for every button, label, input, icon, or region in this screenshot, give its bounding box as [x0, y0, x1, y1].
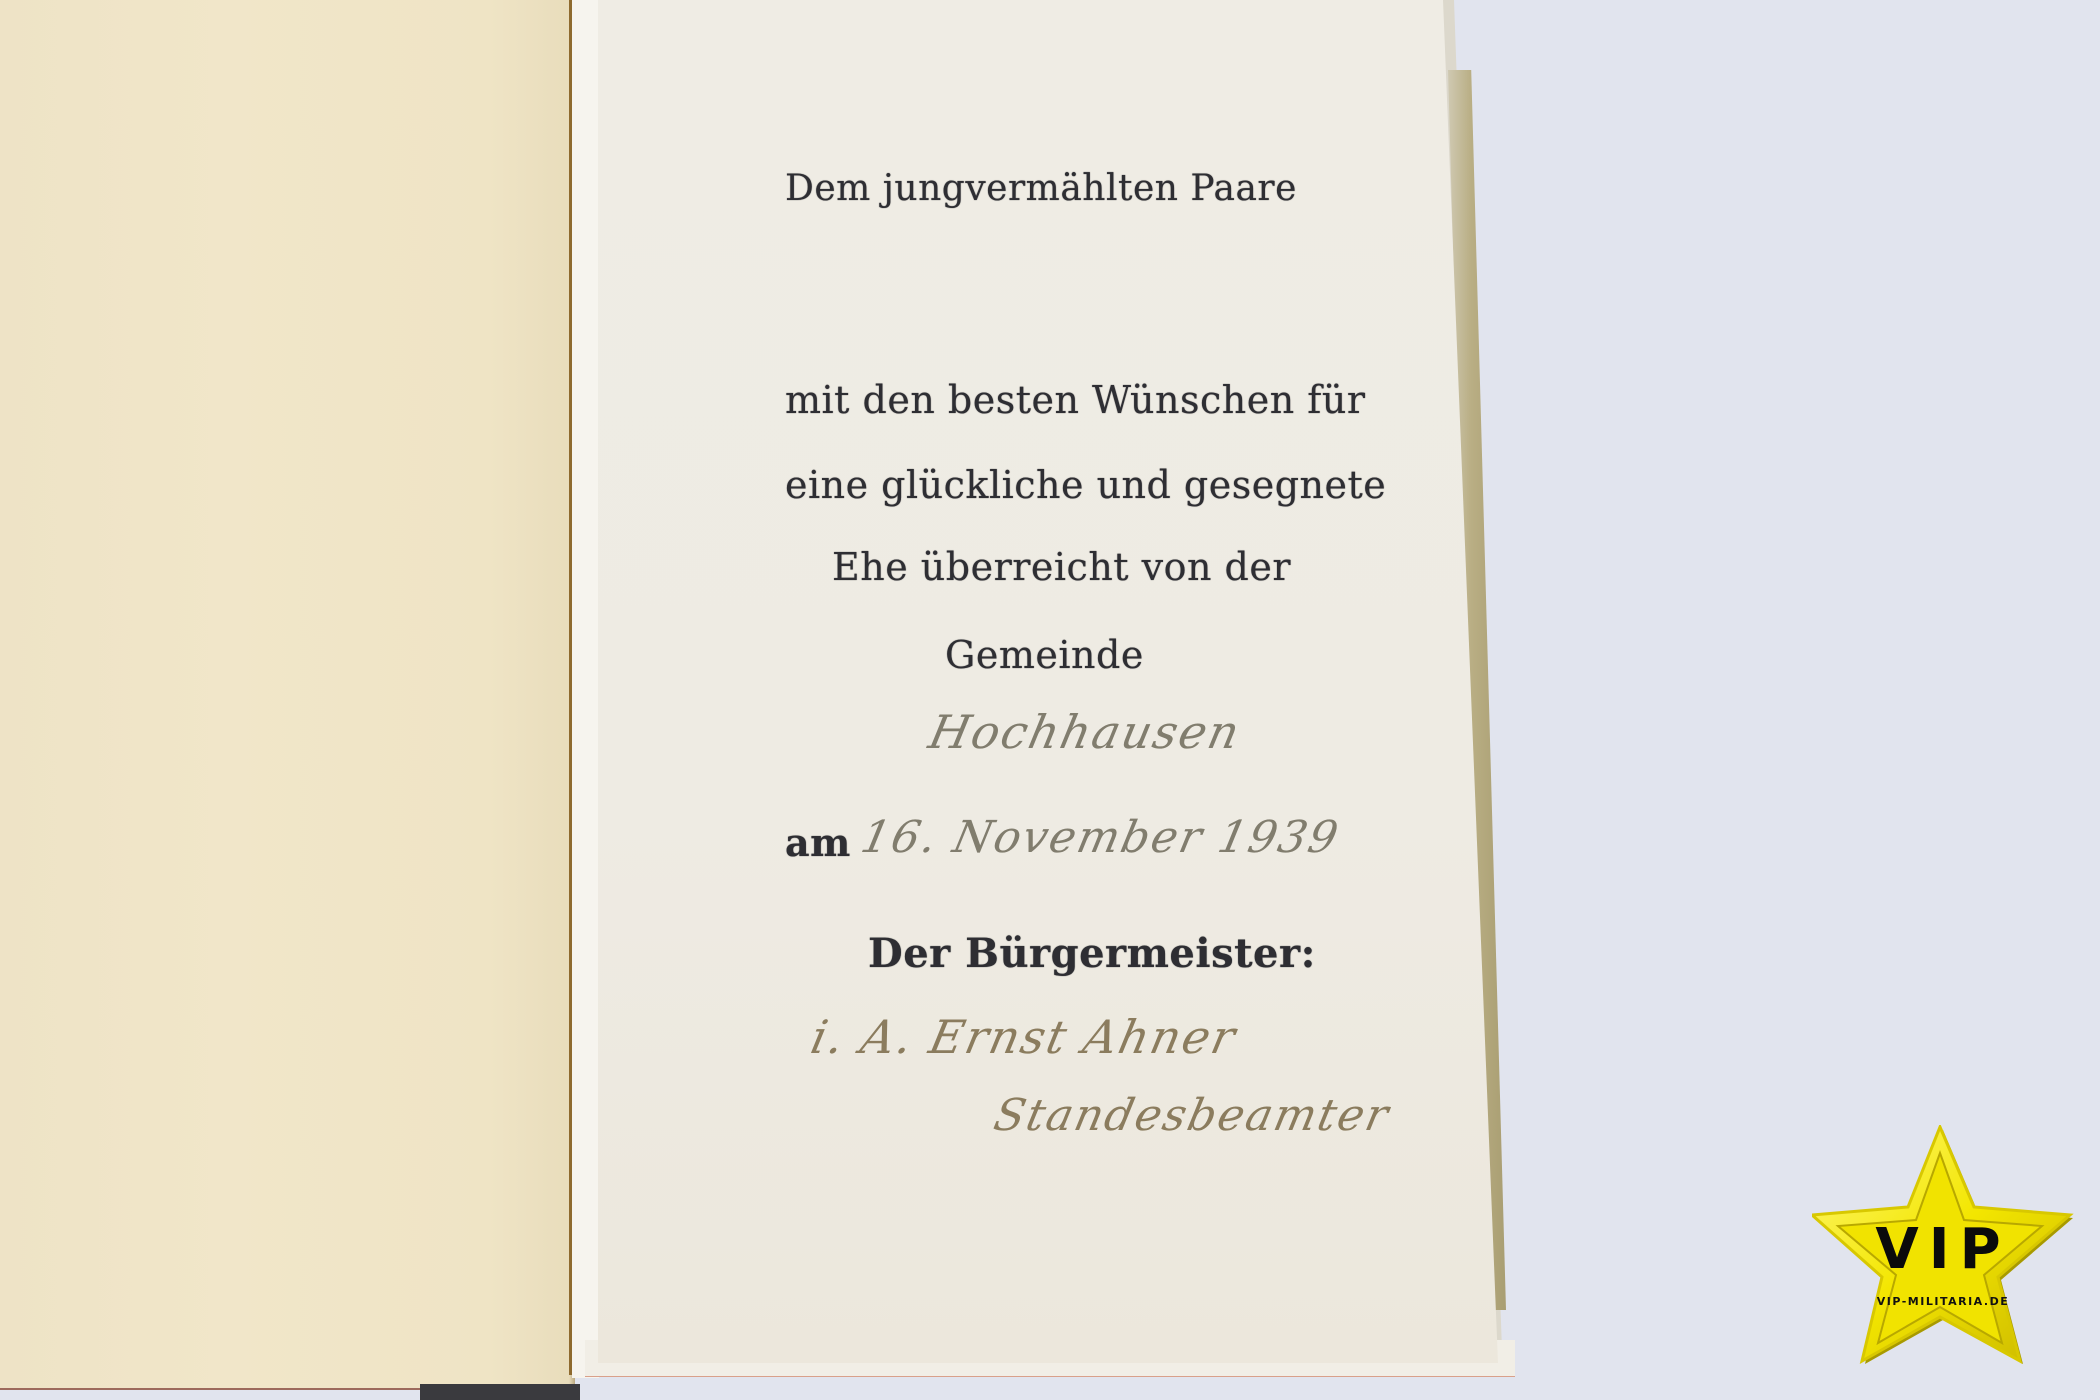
vip-logo-text: VIP — [1812, 1217, 2074, 1282]
vip-militaria-watermark: VIP VIP-MILITARIA.DE — [1812, 1125, 2074, 1365]
date-prefix: am — [785, 820, 851, 865]
dedication-line-4: Ehe überreicht von der — [832, 545, 1291, 589]
signature-line-2: Standesbeamter — [990, 1090, 1395, 1141]
municipality-label: Gemeinde — [945, 633, 1144, 677]
dedication-line-1: Dem jungvermählten Paare — [785, 168, 1297, 209]
gutter-strip — [572, 0, 599, 1378]
vip-logo-url: VIP-MILITARIA.DE — [1812, 1295, 2074, 1308]
dedication-line-3: eine glückliche und gesegnete — [785, 463, 1386, 507]
municipality-handwritten: Hochhausen — [924, 705, 1246, 759]
mayor-label: Der Bürgermeister: — [868, 930, 1316, 977]
date-handwritten: 16. November 1939 — [857, 812, 1345, 863]
signature-line-1: i. A. Ernst Ahner — [806, 1010, 1241, 1064]
book-spine — [420, 1384, 580, 1400]
dedication-line-2: mit den besten Wünschen für — [785, 378, 1366, 422]
left-endpaper-page — [0, 0, 575, 1390]
